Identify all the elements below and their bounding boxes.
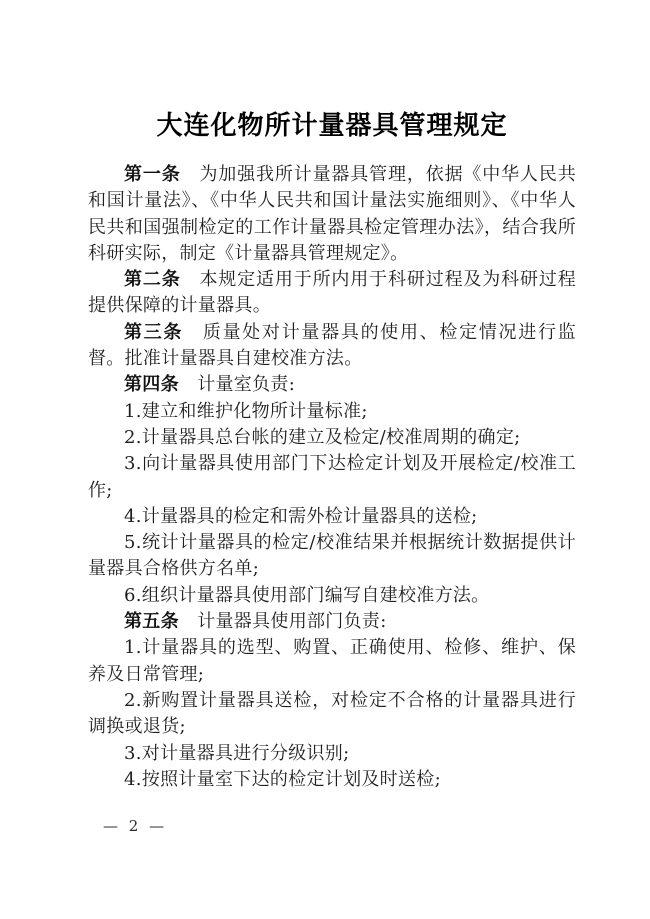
article-3-label: 第三条 bbox=[124, 322, 203, 343]
article-4-item-3-text: 3.向计量器具使用部门下达检定计划及开展检定/校准工作; bbox=[88, 453, 576, 500]
article-5-item-2: 2.新购置计量器具送检，对检定不合格的计量器具进行调换或退货; bbox=[88, 688, 576, 741]
article-4-text: 计量室负责: bbox=[197, 374, 295, 395]
article-5: 第五条 计量器具使用部门负责: bbox=[88, 609, 576, 635]
article-3: 第三条 质量处对计量器具的使用、检定情况进行监督。批准计量器具自建校准方法。 bbox=[88, 320, 576, 373]
article-5-text: 计量器具使用部门负责: bbox=[197, 611, 386, 632]
article-5-item-4: 4.按照计量室下达的检定计划及时送检; bbox=[88, 767, 576, 793]
article-2: 第二条 本规定适用于所内用于科研过程及为科研过程提供保障的计量器具。 bbox=[88, 267, 576, 320]
article-5-item-3-text: 3.对计量器具进行分级识别; bbox=[124, 743, 349, 764]
article-4-item-3: 3.向计量器具使用部门下达检定计划及开展检定/校准工作; bbox=[88, 451, 576, 504]
article-4-item-1-text: 1.建立和维护化物所计量标准; bbox=[124, 401, 368, 422]
article-4-item-4: 4.计量器具的检定和需外检计量器具的送检; bbox=[88, 504, 576, 530]
article-4-item-1: 1.建立和维护化物所计量标准; bbox=[88, 399, 576, 425]
article-5-item-1-text: 1.计量器具的选型、购置、正确使用、检修、维护、保养及日常管理; bbox=[88, 637, 576, 684]
article-4-item-4-text: 4.计量器具的检定和需外检计量器具的送检; bbox=[124, 506, 478, 527]
article-4-item-5: 5.统计计量器具的检定/校准结果并根据统计数据提供计量器具合格供方名单; bbox=[88, 530, 576, 583]
article-4: 第四条 计量室负责: bbox=[88, 372, 576, 398]
article-5-label: 第五条 bbox=[124, 611, 197, 632]
article-5-item-3: 3.对计量器具进行分级识别; bbox=[88, 741, 576, 767]
page-number: — 2 — bbox=[103, 817, 167, 835]
article-5-item-1: 1.计量器具的选型、购置、正确使用、检修、维护、保养及日常管理; bbox=[88, 635, 576, 688]
article-5-item-4-text: 4.按照计量室下达的检定计划及时送检; bbox=[124, 769, 441, 790]
article-4-item-2: 2.计量器具总台帐的建立及检定/校准周期的确定; bbox=[88, 425, 576, 451]
article-4-item-6-text: 6.组织计量器具使用部门编写自建校准方法。 bbox=[124, 585, 489, 606]
article-2-label: 第二条 bbox=[124, 269, 199, 290]
article-1: 第一条 为加强我所计量器具管理，依据《中华人民共和国计量法》、《中华人民共和国计… bbox=[88, 162, 576, 267]
article-4-item-6: 6.组织计量器具使用部门编写自建校准方法。 bbox=[88, 583, 576, 609]
article-4-label: 第四条 bbox=[124, 374, 197, 395]
article-4-item-5-text: 5.统计计量器具的检定/校准结果并根据统计数据提供计量器具合格供方名单; bbox=[88, 532, 576, 579]
article-5-item-2-text: 2.新购置计量器具送检，对检定不合格的计量器具进行调换或退货; bbox=[88, 690, 576, 737]
document-page: 大连化物所计量器具管理规定 第一条 为加强我所计量器具管理，依据《中华人民共和国… bbox=[0, 0, 650, 919]
page-title: 大连化物所计量器具管理规定 bbox=[88, 112, 576, 140]
article-1-label: 第一条 bbox=[124, 164, 199, 185]
article-4-item-2-text: 2.计量器具总台帐的建立及检定/校准周期的确定; bbox=[124, 427, 521, 448]
